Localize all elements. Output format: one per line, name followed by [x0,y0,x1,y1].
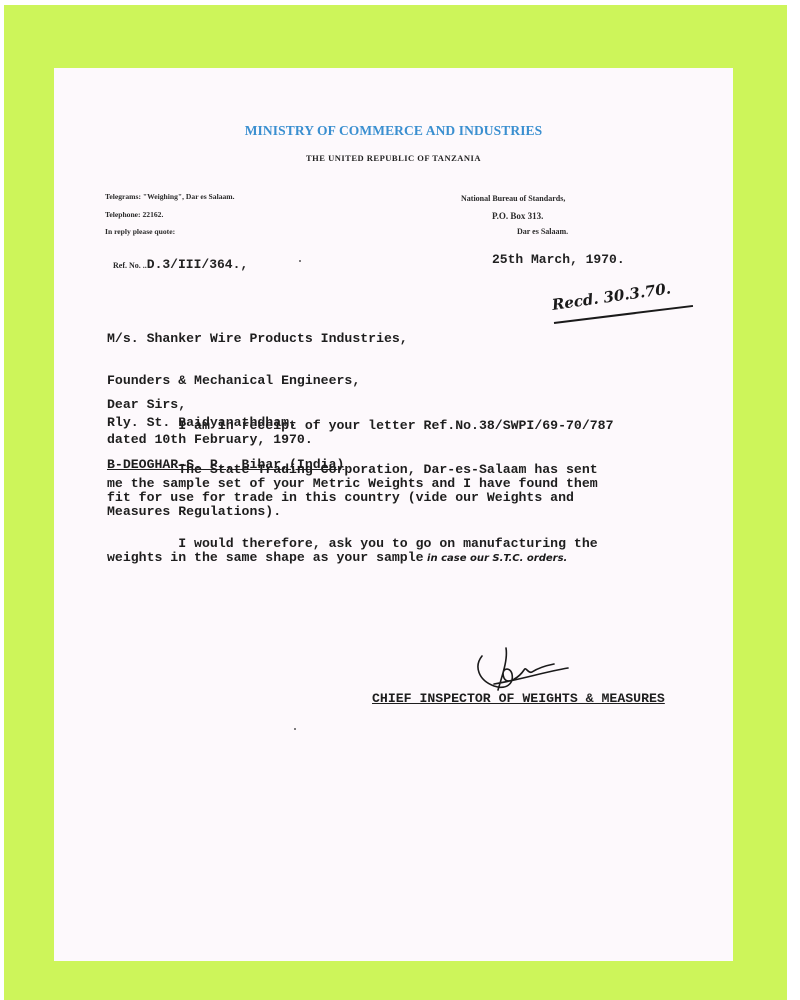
bureau-city: Dar es Salaam. [517,227,568,236]
telephone-line: Telephone: 22162. [105,210,163,219]
paragraph-2: The State Trading Corporation, Dar-es-Sa… [107,463,598,519]
speck [299,260,301,262]
signature-icon [464,646,574,696]
paragraph-1: I am in receipt of your letter Ref.No.38… [107,419,613,447]
reply-note: In reply please quote: [105,227,175,236]
letter-date: 25th March, 1970. [492,252,625,267]
salutation: Dear Sirs, [107,398,186,412]
recipient-line: Founders & Mechanical Engineers, [107,374,408,388]
speck [294,728,296,730]
bureau-name: National Bureau of Standards, [461,194,565,203]
letter-page: MINISTRY OF COMMERCE AND INDUSTRIES THE … [54,68,733,961]
recipient-line: M/s. Shanker Wire Products Industries, [107,332,408,346]
paragraph-3: I would therefore, ask you to go on manu… [107,537,598,566]
ministry-heading: MINISTRY OF COMMERCE AND INDUSTRIES [54,123,733,139]
ref-label: Ref. No. .. [113,261,147,270]
signatory-title: CHIEF INSPECTOR OF WEIGHTS & MEASURES [372,692,665,706]
po-box: P.O. Box 313. [492,211,543,221]
republic-subheading: THE UNITED REPUBLIC OF TANZANIA [54,153,733,163]
handwritten-addition: in case our S.T.C. orders. [424,553,568,564]
reference-number: Ref. No. ..D.3/III/364., [105,248,248,281]
telegrams-line: Telegrams: "Weighing", Dar es Salaam. [105,192,235,201]
ref-value: D.3/III/364., [147,257,248,272]
